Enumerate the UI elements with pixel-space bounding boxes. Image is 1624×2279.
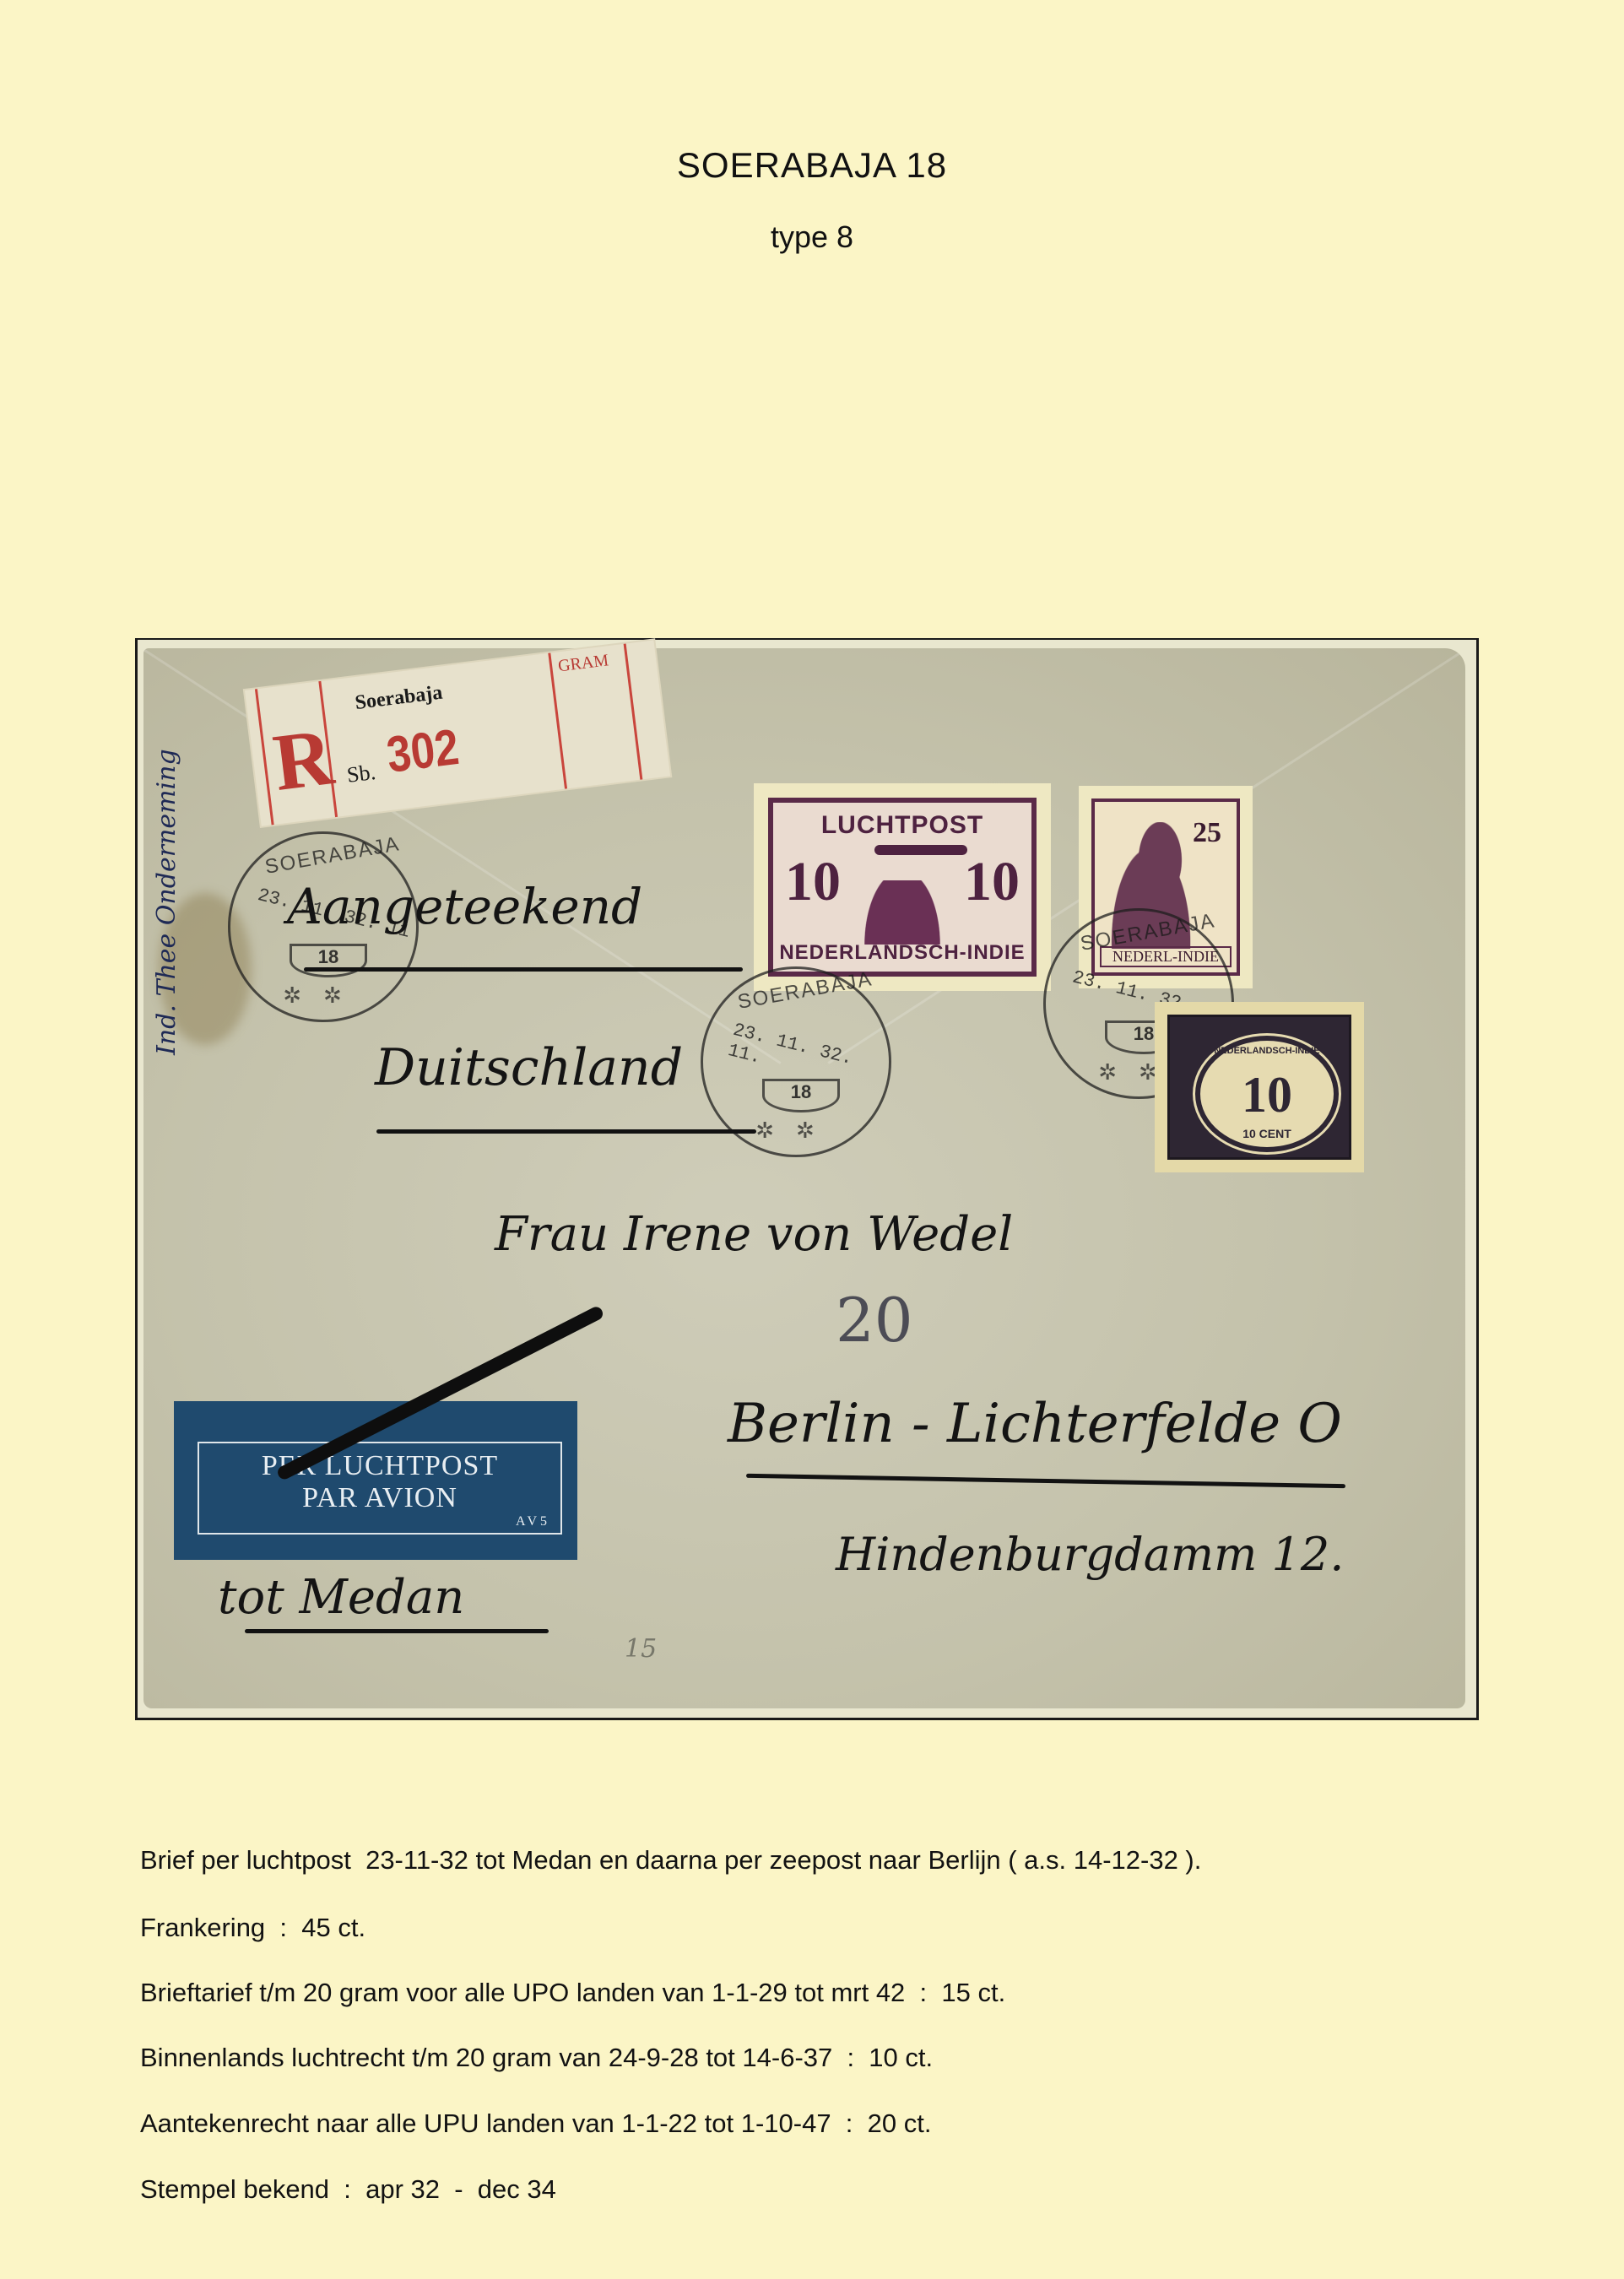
handwritten-registered: Aangeteekend <box>287 878 642 935</box>
description-line: Binnenlands luchtrecht t/m 20 gram van 2… <box>140 2043 933 2073</box>
stamp-value: 10 <box>964 850 1020 914</box>
airmail-stamp: LUCHTPOST 10 10 NEDERLANDSCH-INDIE <box>758 788 1047 987</box>
stamp-value: 10 <box>1200 1066 1334 1124</box>
description-line: Stempel bekend : apr 32 - dec 34 <box>140 2174 556 2205</box>
stamp-top-text: LUCHTPOST <box>773 811 1031 840</box>
description-line: Frankering : 45 ct. <box>140 1913 365 1943</box>
pencil-note: 20 <box>836 1285 913 1356</box>
page-subtitle: type 8 <box>0 219 1624 255</box>
description-line: Brieftarief t/m 20 gram voor alle UPO la… <box>140 1978 1005 2008</box>
handwritten-underline <box>304 967 743 972</box>
postmark-city: SOERABAJA <box>1079 909 1217 956</box>
handwritten-addressee: Frau Irene von Wedel <box>495 1207 1013 1262</box>
postmark-city: SOERABAJA <box>263 832 402 880</box>
airplane-icon <box>874 845 967 855</box>
stamp-value: 10 <box>785 850 841 914</box>
airmail-label-code: AV5 <box>516 1514 550 1529</box>
postmark-office-number: 18 <box>290 944 367 977</box>
side-handwritten-note: Ind. Thee Onderneming <box>152 749 181 1055</box>
description-line: Aantekenrecht naar alle UPU landen van 1… <box>140 2108 931 2139</box>
registration-letter: R <box>269 716 338 804</box>
stamp-country-text: NEDERLANDSCH-INDIE <box>773 941 1031 965</box>
registration-city: Soerabaja <box>354 682 444 715</box>
registration-number: 302 <box>383 717 462 784</box>
registration-office-code: Sb. <box>345 760 376 788</box>
stamp-country-text: NEDERLANDSCH-INDIE <box>1200 1046 1334 1056</box>
handwritten-country: Duitschland <box>375 1038 683 1097</box>
handwritten-routing: tot Medan <box>218 1570 464 1625</box>
handwritten-street: Hindenburgdamm 12. <box>836 1528 1344 1581</box>
page-title: SOERABAJA 18 <box>0 145 1624 186</box>
airmail-label-line2: PAR AVION <box>199 1482 560 1514</box>
stamp-value: 25 <box>1193 817 1221 849</box>
postmark-office-number: 18 <box>762 1079 840 1112</box>
handwritten-underline <box>376 1129 756 1134</box>
registration-weight-label: GRAM <box>557 651 609 676</box>
postmark-city: SOERABAJA <box>736 967 874 1015</box>
handwritten-city: Berlin - Lichterfelde O <box>728 1393 1342 1455</box>
description-line: Brief per luchtpost 23-11-32 tot Medan e… <box>140 1845 1201 1876</box>
temple-scene-icon <box>854 850 950 945</box>
airmail-label-line1: PER LUCHTPOST <box>199 1450 560 1482</box>
postmark-stars-icon: ✲✲ <box>745 1118 847 1144</box>
postmark-stars-icon: ✲✲ <box>273 983 374 1009</box>
pencil-small-note: 15 <box>625 1634 657 1664</box>
stamp-denomination-text: 10 CENT <box>1200 1127 1334 1140</box>
handwritten-underline <box>245 1629 549 1633</box>
numeral-stamp: NEDERLANDSCH-INDIE 10 10 CENT <box>1159 1006 1360 1168</box>
